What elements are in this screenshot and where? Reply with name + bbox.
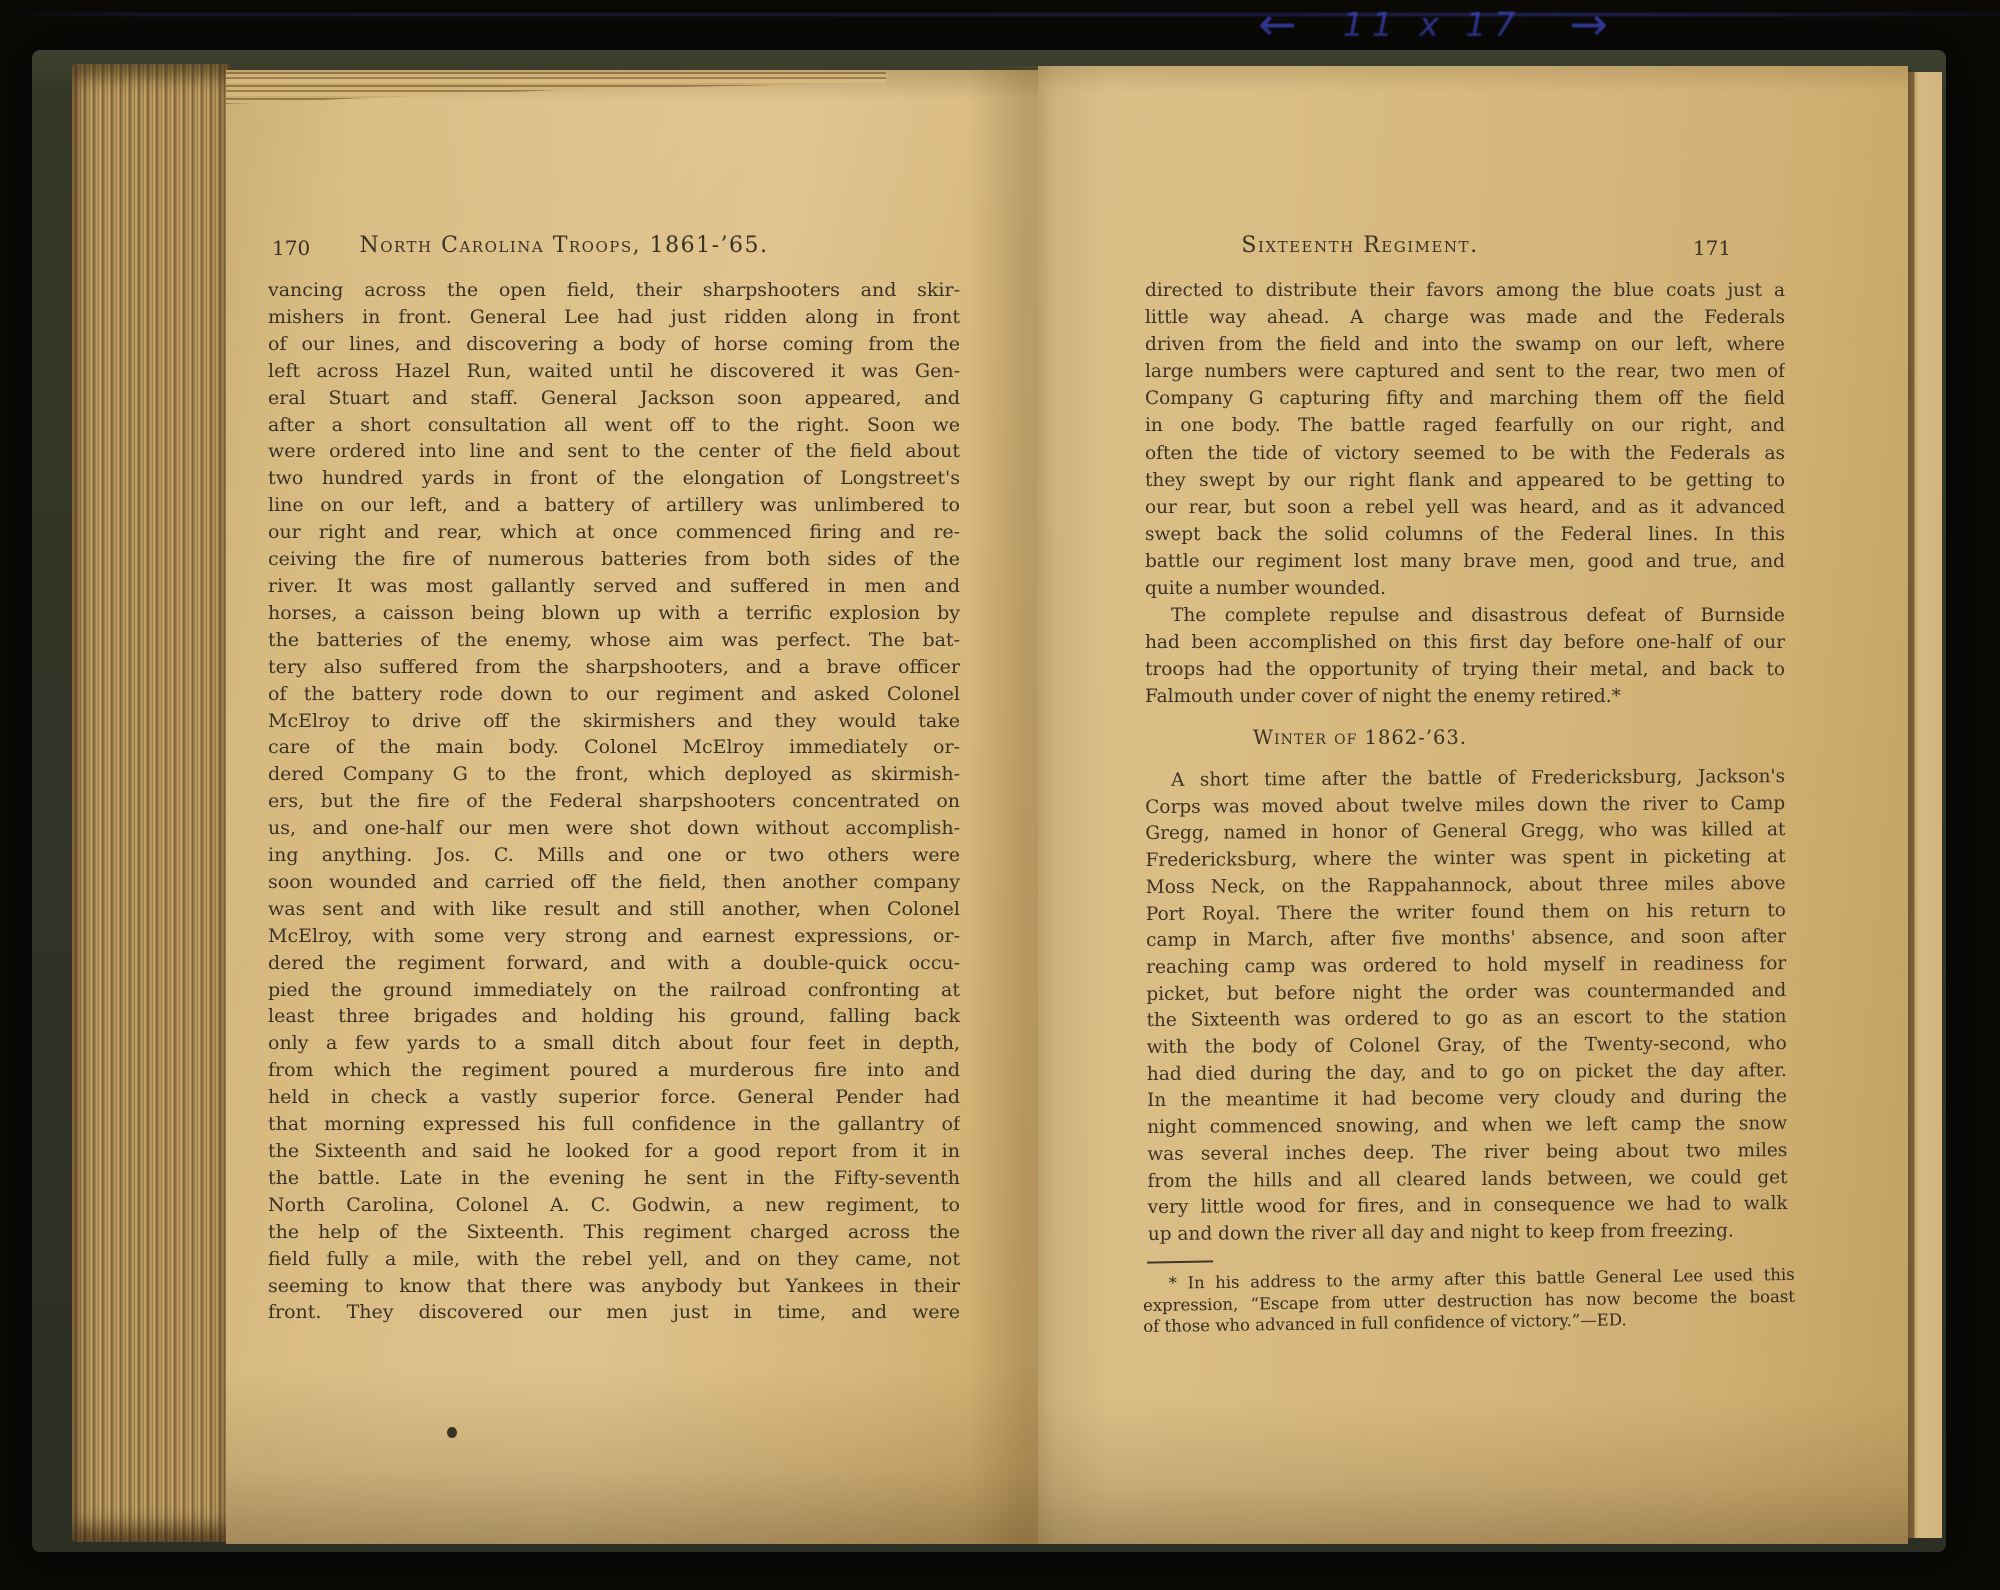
- text-line: held in check a vastly superior force. G…: [268, 1084, 960, 1111]
- text-line: that morning expressed his full confiden…: [268, 1111, 960, 1138]
- text-line: soon wounded and carried off the field, …: [268, 869, 960, 896]
- text-line: picket, but before night the order was c…: [1146, 978, 1786, 1009]
- text-line: Fredericksburg, where the winter was spe…: [1145, 844, 1785, 875]
- text-line: field fully a mile, with the rebel yell,…: [268, 1246, 960, 1273]
- text-line: the battle. Late in the evening he sent …: [268, 1165, 960, 1192]
- text-line: troops had the opportunity of trying the…: [1145, 656, 1785, 683]
- text-line: was sent and with like result and still …: [268, 896, 960, 923]
- text-line: of the battery rode down to our regiment…: [268, 681, 960, 708]
- text-line: pied the ground immediately on the railr…: [268, 977, 960, 1004]
- text-line: eral Stuart and staff. General Jackson s…: [268, 385, 960, 412]
- text-line: dered Company G to the front, which depl…: [268, 761, 960, 788]
- right-page-number: 171: [1662, 236, 1762, 260]
- text-line: driven from the field and into the swamp…: [1145, 331, 1785, 358]
- left-page-body: vancing across the open field, their sha…: [268, 277, 960, 1326]
- page-edges-fan: [72, 64, 230, 1542]
- text-line: seeming to know that there was anybody b…: [268, 1273, 960, 1300]
- left-running-header: North Carolina Troops, 1861-’65.: [268, 233, 860, 258]
- text-line: McElroy, with some very strong and earne…: [268, 923, 960, 950]
- text-line: mishers in front. General Lee had just r…: [268, 304, 960, 331]
- text-line: our rear, but soon a rebel yell was hear…: [1145, 494, 1785, 521]
- text-line: directed to distribute their favors amon…: [1145, 277, 1785, 304]
- text-line: our right and rear, which at once commen…: [268, 519, 960, 546]
- text-line: Falmouth under cover of night the enemy …: [1145, 683, 1785, 710]
- text-line: swept back the solid columns of the Fede…: [1145, 521, 1785, 548]
- text-line: the Sixteenth and said he looked for a g…: [268, 1138, 960, 1165]
- size-annotation: ← 11 x 17 →: [1258, 0, 1608, 48]
- text-line: The complete repulse and disastrous defe…: [1145, 602, 1785, 629]
- text-line: Company G capturing fifty and marching t…: [1145, 385, 1785, 412]
- text-line: night commenced snowing, and when we lef…: [1147, 1111, 1787, 1142]
- text-line: tery also suffered from the sharpshooter…: [268, 654, 960, 681]
- footnote: * In his address to the army after this …: [1143, 1264, 1796, 1338]
- right-page-body-second: A short time after the battle of Frederi…: [1145, 764, 1788, 1249]
- right-running-header: Sixteenth Regiment.: [1145, 233, 1575, 258]
- text-line: of our lines, and discovering a body of …: [268, 331, 960, 358]
- text-line: North Carolina, Colonel A. C. Godwin, a …: [268, 1192, 960, 1219]
- text-line: front. They discovered our men just in t…: [268, 1299, 960, 1326]
- size-annotation-label: 11 x 17: [1343, 5, 1524, 44]
- text-line: camp in March, after five months' absenc…: [1146, 924, 1786, 955]
- book-scan: ← 11 x 17 → 170 North Carolina Troops, 1…: [0, 0, 2000, 1590]
- text-line: little way ahead. A charge was made and …: [1145, 304, 1785, 331]
- text-line: ers, but the fire of the Federal sharpsh…: [268, 788, 960, 815]
- text-line: had died during the day, and to go on pi…: [1147, 1058, 1787, 1089]
- text-line: ing anything. Jos. C. Mills and one or t…: [268, 842, 960, 869]
- text-line: were ordered into line and sent to the c…: [268, 438, 960, 465]
- section-heading: Winter of 1862-’63.: [1145, 726, 1575, 749]
- text-line: the help of the Sixteenth. This regiment…: [268, 1219, 960, 1246]
- text-line: ceiving the fire of numerous batteries f…: [268, 546, 960, 573]
- text-line: battle our regiment lost many brave men,…: [1145, 548, 1785, 575]
- text-line: quite a number wounded.: [1145, 575, 1785, 602]
- ink-speck: [447, 1427, 457, 1438]
- text-line: often the tide of victory seemed to be w…: [1145, 440, 1785, 467]
- text-line: the Sixteenth was ordered to go as an es…: [1146, 1004, 1786, 1035]
- text-line: least three brigades and holding his gro…: [268, 1003, 960, 1030]
- right-page-body-first: directed to distribute their favors amon…: [1145, 277, 1785, 711]
- text-line: only a few yards to a small ditch about …: [268, 1030, 960, 1057]
- text-line: Moss Neck, on the Rappahannock, about th…: [1146, 871, 1786, 902]
- text-line: Gregg, named in honor of General Gregg, …: [1145, 817, 1785, 848]
- right-arrow-icon: →: [1569, 1, 1608, 47]
- scanner-blue-line: [0, 13, 2000, 16]
- text-line: reaching camp was ordered to hold myself…: [1146, 951, 1786, 982]
- text-line: dered the regiment forward, and with a d…: [268, 950, 960, 977]
- text-line: in one body. The battle raged fearfully …: [1145, 412, 1785, 439]
- text-line: was several inches deep. The river being…: [1147, 1138, 1787, 1169]
- text-line: A short time after the battle of Frederi…: [1145, 764, 1785, 795]
- text-line: McElroy to drive off the skirmishers and…: [268, 708, 960, 735]
- text-line: the batteries of the enemy, whose aim wa…: [268, 627, 960, 654]
- text-line: Corps was moved about twelve miles down …: [1145, 791, 1785, 822]
- left-arrow-icon: ←: [1258, 1, 1297, 47]
- text-line: horses, a caisson being blown up with a …: [268, 600, 960, 627]
- text-line: very little wood for fires, and in conse…: [1148, 1191, 1788, 1222]
- text-line: river. It was most gallantly served and …: [268, 573, 960, 600]
- text-line: In the meantime it had become very cloud…: [1147, 1085, 1787, 1116]
- text-line: after a short consultation all went off …: [268, 412, 960, 439]
- text-line: large numbers were captured and sent to …: [1145, 358, 1785, 385]
- text-line: vancing across the open field, their sha…: [268, 277, 960, 304]
- text-line: care of the main body. Colonel McElroy i…: [268, 734, 960, 761]
- text-line: Port Royal. There the writer found them …: [1146, 898, 1786, 929]
- text-line: from the hills and all cleared lands bet…: [1147, 1165, 1787, 1196]
- text-line: up and down the river all day and night …: [1148, 1218, 1788, 1249]
- text-line: from which the regiment poured a murdero…: [268, 1057, 960, 1084]
- right-page-edge: [1908, 72, 1942, 1538]
- text-line: two hundred yards in front of the elonga…: [268, 465, 960, 492]
- text-line: with the body of Colonel Gray, of the Tw…: [1147, 1031, 1787, 1062]
- text-line: left across Hazel Run, waited until he d…: [268, 358, 960, 385]
- text-line: had been accomplished on this first day …: [1145, 629, 1785, 656]
- text-line: us, and one-half our men were shot down …: [268, 815, 960, 842]
- text-line: they swept by our right flank and appear…: [1145, 467, 1785, 494]
- text-line: line on our left, and a battery of artil…: [268, 492, 960, 519]
